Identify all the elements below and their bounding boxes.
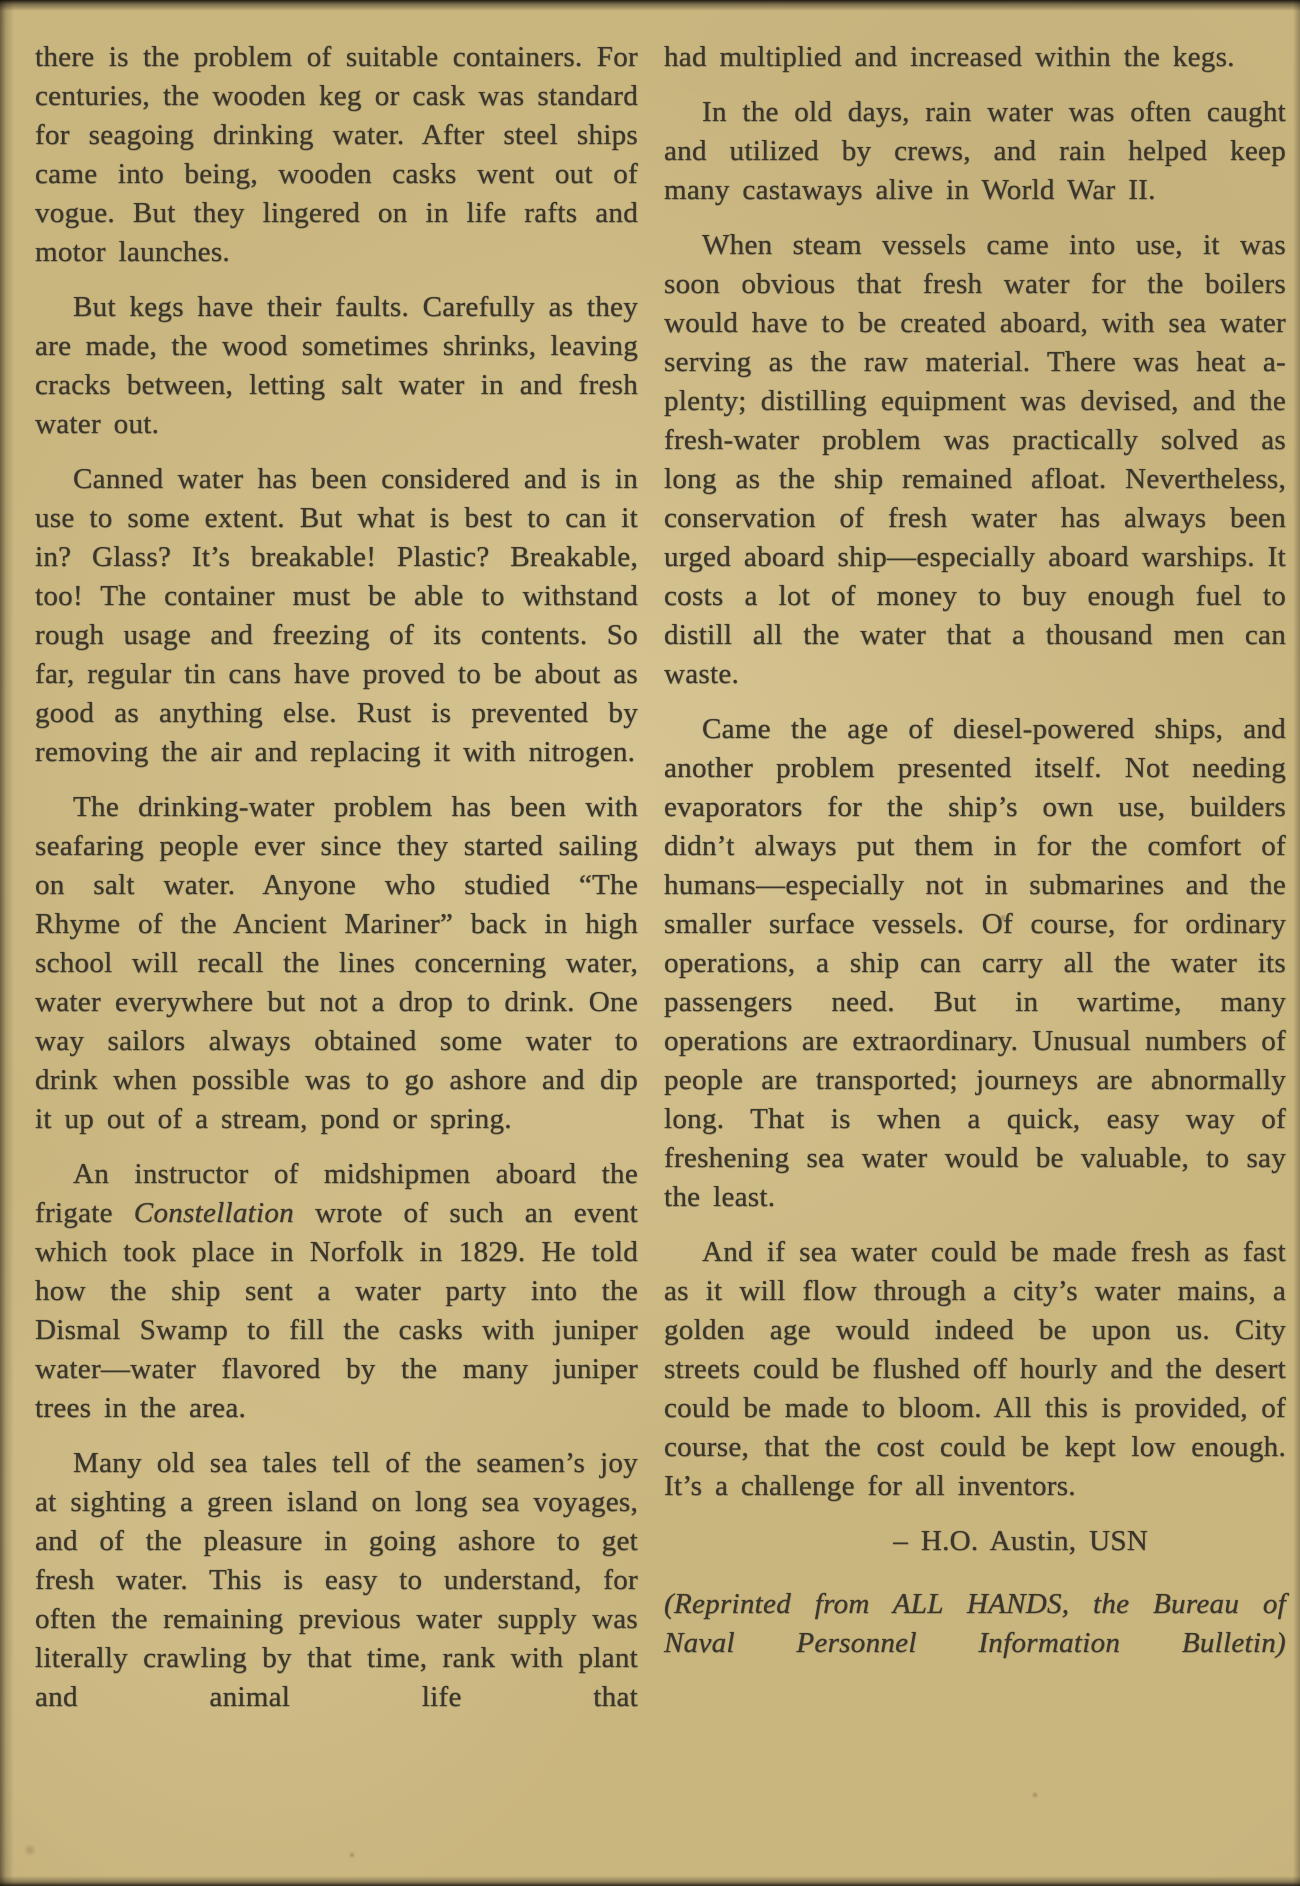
- paragraph: When steam vessels came into use, it was…: [664, 226, 1286, 694]
- paragraph: Canned water has been considered and is …: [35, 460, 638, 772]
- paragraph: The drinking-water problem has been with…: [35, 788, 638, 1139]
- paragraph: Many old sea tales tell of the seamen’s …: [35, 1444, 638, 1717]
- paragraph: And if sea water could be made fresh as …: [664, 1233, 1286, 1506]
- scanned-page: there is the problem of suitable contain…: [0, 0, 1300, 1886]
- paragraph: But kegs have their faults. Carefully as…: [35, 288, 638, 444]
- two-column-layout: there is the problem of suitable contain…: [35, 38, 1286, 1733]
- reprint-note: (Reprinted from ALL HANDS, the Bureau of…: [664, 1585, 1286, 1663]
- paragraph: there is the problem of suitable contain…: [35, 38, 638, 272]
- paragraph: An instructor of midshipmen aboard the f…: [35, 1155, 638, 1428]
- paragraph: had multiplied and increased within the …: [664, 38, 1286, 77]
- ship-name-italic: Constellation: [134, 1197, 294, 1229]
- paragraph-text: wrote of such an event which took place …: [35, 1197, 638, 1424]
- left-column: there is the problem of suitable contain…: [35, 38, 638, 1733]
- author-signature: – H.O. Austin, USN: [664, 1522, 1286, 1561]
- right-column: had multiplied and increased within the …: [664, 38, 1286, 1733]
- paragraph: Came the age of diesel-powered ships, an…: [664, 710, 1286, 1217]
- paragraph: In the old days, rain water was often ca…: [664, 93, 1286, 210]
